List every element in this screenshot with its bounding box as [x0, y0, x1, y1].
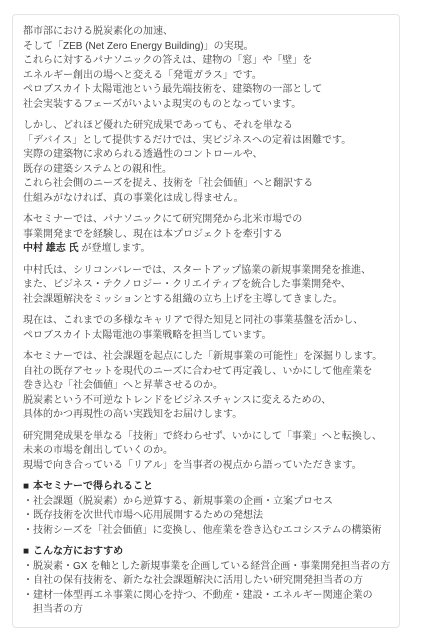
text-line: しかし、どれほど優れた研究成果であっても、それを単なる: [23, 119, 390, 134]
bullet-item-text: 脱炭素・GX を軸とした新規事業を企画している経営企画・事業開発担当者の方: [33, 561, 390, 572]
bullet-item-text: 技術シーズを「社会価値」に変換し、他産業を巻き込むエコシステムの構築術: [33, 525, 382, 536]
bullet-item-text: 既存技術を次世代市場へ応用展開するための発想法: [33, 510, 263, 521]
bullet-item: ・脱炭素・GX を軸とした新規事業を企画している経営企画・事業開発担当者の方: [23, 560, 390, 575]
text-line: そして「ZEB (Net Zero Energy Building)」の実現。: [23, 40, 390, 55]
text-line: これら社会側のニーズを捉え、技術を「社会価値」へと翻訳する: [23, 177, 390, 192]
text-line: 巻き込む「社会価値」へと昇華させるのか。: [23, 379, 390, 394]
text-line: 既存の建築システムとの親和性。: [23, 163, 390, 178]
text-line: これらに対するパナソニックの答えは、建物の「窓」や「壁」を: [23, 54, 390, 69]
dot-bullet-marker: ・: [23, 525, 33, 536]
speaker-name: 中村 雄志 氏: [23, 243, 79, 254]
text-line: ペロブスカイト太陽電池の事業戦略を担当しています。: [23, 329, 390, 344]
text-line: 本セミナーでは、パナソニックにて研究開発から北米市場での: [23, 213, 390, 228]
text-line: 実際の建築物に求められる透過性のコントロールや、: [23, 148, 390, 163]
bullet-item-text: 建材一体型再エネ事業に関心を持つ、不動産・建設・エネルギー関連企業の: [33, 590, 373, 601]
text-line: 都市部における脱炭素化の加速、: [23, 25, 390, 40]
section-heading: ■こんな方におすすめ: [23, 545, 390, 560]
text-line: 研究開発成果を単なる「技術」で終わらせず、いかにして「事業」へと転換し、: [23, 430, 390, 445]
bullet-item-continuation: 担当者の方: [23, 603, 390, 618]
dot-bullet-marker: ・: [23, 496, 33, 507]
paragraph: しかし、どれほど優れた研究成果であっても、それを単なる「デバイス」として提供する…: [23, 119, 390, 206]
text-line: 「デバイス」として提供するだけでは、実ビジネスへの定着は困難です。: [23, 134, 390, 149]
text-line: 現場で向き合っている「リアル」を当事者の視点から語っていただきます。: [23, 459, 390, 474]
bullet-item: ・建材一体型再エネ事業に関心を持つ、不動産・建設・エネルギー関連企業の: [23, 589, 390, 604]
paragraph: 中村氏は、シリコンバレーでは、スタートアップ協業の新規事業開発を推進、また、ビジ…: [23, 264, 390, 308]
text-line: 脱炭素という不可逆なトレンドをビジネスチャンスに変えるための、: [23, 394, 390, 409]
text-line: エネルギー創出の場へと変える「発電ガラス」です。: [23, 69, 390, 84]
section-heading-label: 本セミナーで得られること: [33, 481, 153, 492]
text-line: 仕組みがなければ、真の事業化は成し得ません。: [23, 192, 390, 207]
bullet-item-text: 社会課題（脱炭素）から逆算する、新規事業の企画・立案プロセス: [33, 496, 333, 507]
text-line: また、ビジネス・テクノロジー・クリエイティブを統合した事業開発や、: [23, 278, 390, 293]
paragraph: 本セミナーでは、社会課題を起点にした「新規事業の可能性」を深掘りします。自社の既…: [23, 350, 390, 423]
bullet-item: ・社会課題（脱炭素）から逆算する、新規事業の企画・立案プロセス: [23, 495, 390, 510]
dot-bullet-marker: ・: [23, 561, 33, 572]
paragraph: 現在は、これまでの多様なキャリアで得た知見と同社の事業基盤を活かし、ペロブスカイ…: [23, 314, 390, 343]
text-line: 現在は、これまでの多様なキャリアで得た知見と同社の事業基盤を活かし、: [23, 314, 390, 329]
dot-bullet-marker: ・: [23, 590, 33, 601]
bullet-item-text: 自社の保有技術を、新たな社会課題解決に活用したい研究開発担当者の方: [33, 575, 363, 586]
text-line: 具体的かつ再現性の高い実践知をお届けします。: [23, 408, 390, 423]
section-block: ■こんな方におすすめ・脱炭素・GX を軸とした新規事業を企画している経営企画・事…: [23, 545, 390, 618]
bullet-item: ・自社の保有技術を、新たな社会課題解決に活用したい研究開発担当者の方: [23, 574, 390, 589]
dot-bullet-marker: ・: [23, 510, 33, 521]
text-line: 未来の市場を創出していくのか。: [23, 444, 390, 459]
section-heading: ■本セミナーで得られること: [23, 480, 390, 495]
paragraph: 本セミナーでは、パナソニックにて研究開発から北米市場での事業開発までを経験し、現…: [23, 213, 390, 257]
text-segment: が登壇します。: [79, 243, 151, 254]
seminar-description-text: 都市部における脱炭素化の加速、そして「ZEB (Net Zero Energy …: [23, 25, 390, 618]
square-bullet-marker: ■: [23, 546, 29, 557]
text-line: 事業開発までを経験し、現在は本プロジェクトを牽引する: [23, 228, 390, 243]
paragraph: 都市部における脱炭素化の加速、そして「ZEB (Net Zero Energy …: [23, 25, 390, 112]
text-line: 中村 雄志 氏 が登壇します。: [23, 242, 390, 257]
bullet-item: ・技術シーズを「社会価値」に変換し、他産業を巻き込むエコシステムの構築術: [23, 524, 390, 539]
text-line: 社会実装するフェーズがいよいよ現実のものとなっています。: [23, 98, 390, 113]
text-line: ペロブスカイト太陽電池という最先端技術を、建築物の一部として: [23, 83, 390, 98]
text-line: 自社の既存アセットを現代のニーズに合わせて再定義し、いかにして他産業を: [23, 365, 390, 380]
text-line: 本セミナーでは、社会課題を起点にした「新規事業の可能性」を深掘りします。: [23, 350, 390, 365]
bullet-item: ・既存技術を次世代市場へ応用展開するための発想法: [23, 509, 390, 524]
paragraph: 研究開発成果を単なる「技術」で終わらせず、いかにして「事業」へと転換し、未来の市…: [23, 430, 390, 474]
square-bullet-marker: ■: [23, 481, 29, 492]
text-line: 中村氏は、シリコンバレーでは、スタートアップ協業の新規事業開発を推進、: [23, 264, 390, 279]
dot-bullet-marker: ・: [23, 575, 33, 586]
text-line: 社会課題解決をミッションとする組織の立ち上げを主導してきました。: [23, 293, 390, 308]
seminar-description-card: 都市部における脱炭素化の加速、そして「ZEB (Net Zero Energy …: [12, 14, 400, 628]
section-heading-label: こんな方におすすめ: [33, 546, 123, 557]
section-block: ■本セミナーで得られること・社会課題（脱炭素）から逆算する、新規事業の企画・立案…: [23, 480, 390, 538]
